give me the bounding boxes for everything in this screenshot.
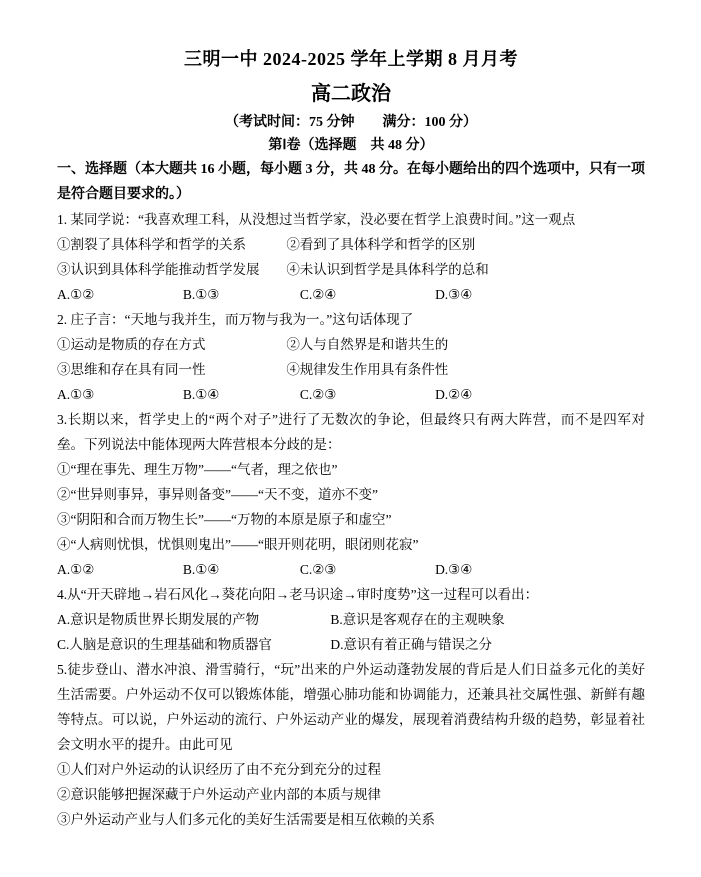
- answer-choice: D.③④: [435, 557, 645, 582]
- question-option-item: ②看到了具体科学和哲学的区别: [286, 232, 645, 257]
- exam-info: （考试时间：75 分钟 满分：100 分）: [57, 111, 645, 134]
- question-option-item: ④未认识到哲学是具体科学的总和: [286, 257, 645, 282]
- exam-subject: 高二政治: [57, 80, 645, 108]
- exam-page: 三明一中 2024-2025 学年上学期 8 月月考 高二政治 （考试时间：75…: [0, 0, 701, 877]
- answer-choice: D.②④: [435, 382, 645, 407]
- answer-choice: B.①④: [183, 382, 300, 407]
- question-block-4: 4.从“开天辟地→岩石风化→葵花向阳→老马识途→审时度势”这一过程可以看出：A.…: [57, 582, 645, 657]
- answer-choice: A.①②: [57, 282, 183, 307]
- question-stem: 4.从“开天辟地→岩石风化→葵花向阳→老马识途→审时度势”这一过程可以看出：: [57, 582, 645, 607]
- question-block-2: 2. 庄子言：“天地与我并生，而万物与我为一。”这句话体现了①运动是物质的存在方…: [57, 307, 645, 407]
- answer-choice: C.人脑是意识的生理基础和物质器官: [57, 632, 330, 657]
- question-option-item: ③户外运动产业与人们多元化的美好生活需要是相互依赖的关系: [57, 807, 645, 832]
- answer-choice: B.意识是客观存在的主观映象: [330, 607, 645, 632]
- question-option-item: ①割裂了具体科学和哲学的关系: [57, 232, 286, 257]
- answer-choice: B.①③: [183, 282, 300, 307]
- answer-choices: A.①②B.①④C.②③D.③④: [57, 557, 645, 582]
- section-header: 第Ⅰ卷（选择题 共 48 分）: [57, 134, 645, 157]
- question-block-3: 3.长期以来，哲学史上的“两个对子”进行了无数次的争论，但最终只有两大阵营，而不…: [57, 407, 645, 582]
- exam-title: 三明一中 2024-2025 学年上学期 8 月月考: [57, 46, 645, 72]
- answer-choices: A.意识是物质世界长期发展的产物B.意识是客观存在的主观映象C.人脑是意识的生理…: [57, 607, 645, 657]
- question-stem: 5.徒步登山、潜水冲浪、滑雪骑行，“玩”出来的户外运动蓬勃发展的背后是人们日益多…: [57, 657, 645, 757]
- answer-choice: A.意识是物质世界长期发展的产物: [57, 607, 330, 632]
- question-option-item: ③认识到具体科学能推动哲学发展: [57, 257, 286, 282]
- question-option-item: ①“理在事先、理生万物”——“气者，理之依也”: [57, 457, 645, 482]
- answer-choice: D.意识有着正确与错误之分: [330, 632, 645, 657]
- question-option-item: ①运动是物质的存在方式: [57, 332, 286, 357]
- answer-choices: A.①②B.①③C.②④D.③④: [57, 282, 645, 307]
- question-stem: 2. 庄子言：“天地与我并生，而万物与我为一。”这句话体现了: [57, 307, 645, 332]
- question-stem: 1. 某同学说：“我喜欢理工科，从没想过当哲学家，没必要在哲学上浪费时间。”这一…: [57, 207, 645, 232]
- answer-choices: A.①③B.①④C.②③D.②④: [57, 382, 645, 407]
- question-option-item: ④“人病则忧惧，忧惧则鬼出”——“眼开则花明，眼闭则花寂”: [57, 532, 645, 557]
- answer-choice: A.①②: [57, 557, 183, 582]
- answer-choice: B.①④: [183, 557, 300, 582]
- answer-choice: C.②③: [300, 557, 435, 582]
- question-option-item: ②意识能够把握深藏于户外运动产业内部的本质与规律: [57, 782, 645, 807]
- question-items: ①“理在事先、理生万物”——“气者，理之依也”②“世异则事异，事异则备变”——“…: [57, 457, 645, 557]
- question-block-5: 5.徒步登山、潜水冲浪、滑雪骑行，“玩”出来的户外运动蓬勃发展的背后是人们日益多…: [57, 657, 645, 832]
- answer-choice: C.②③: [300, 382, 435, 407]
- answer-choice: C.②④: [300, 282, 435, 307]
- question-items: ①割裂了具体科学和哲学的关系②看到了具体科学和哲学的区别③认识到具体科学能推动哲…: [57, 232, 645, 282]
- answer-choice: A.①③: [57, 382, 183, 407]
- question-stem: 3.长期以来，哲学史上的“两个对子”进行了无数次的争论，但最终只有两大阵营，而不…: [57, 407, 645, 457]
- question-items: ①运动是物质的存在方式②人与自然界是和谐共生的③思维和存在具有同一性④规律发生作…: [57, 332, 645, 382]
- question-option-item: ④规律发生作用具有条件性: [286, 357, 645, 382]
- questions: 1. 某同学说：“我喜欢理工科，从没想过当哲学家，没必要在哲学上浪费时间。”这一…: [57, 207, 645, 832]
- question-items: ①人们对户外运动的认识经历了由不充分到充分的过程②意识能够把握深藏于户外运动产业…: [57, 757, 645, 832]
- question-option-item: ②人与自然界是和谐共生的: [286, 332, 645, 357]
- question-option-item: ③“阴阳和合而万物生长”——“万物的本原是原子和虚空”: [57, 507, 645, 532]
- section-intro: 一、选择题（本大题共 16 小题，每小题 3 分，共 48 分。在每小题给出的四…: [57, 157, 645, 207]
- answer-choice: D.③④: [435, 282, 645, 307]
- question-option-item: ①人们对户外运动的认识经历了由不充分到充分的过程: [57, 757, 645, 782]
- question-block-1: 1. 某同学说：“我喜欢理工科，从没想过当哲学家，没必要在哲学上浪费时间。”这一…: [57, 207, 645, 307]
- question-option-item: ②“世异则事异，事异则备变”——“天不变，道亦不变”: [57, 482, 645, 507]
- question-option-item: ③思维和存在具有同一性: [57, 357, 286, 382]
